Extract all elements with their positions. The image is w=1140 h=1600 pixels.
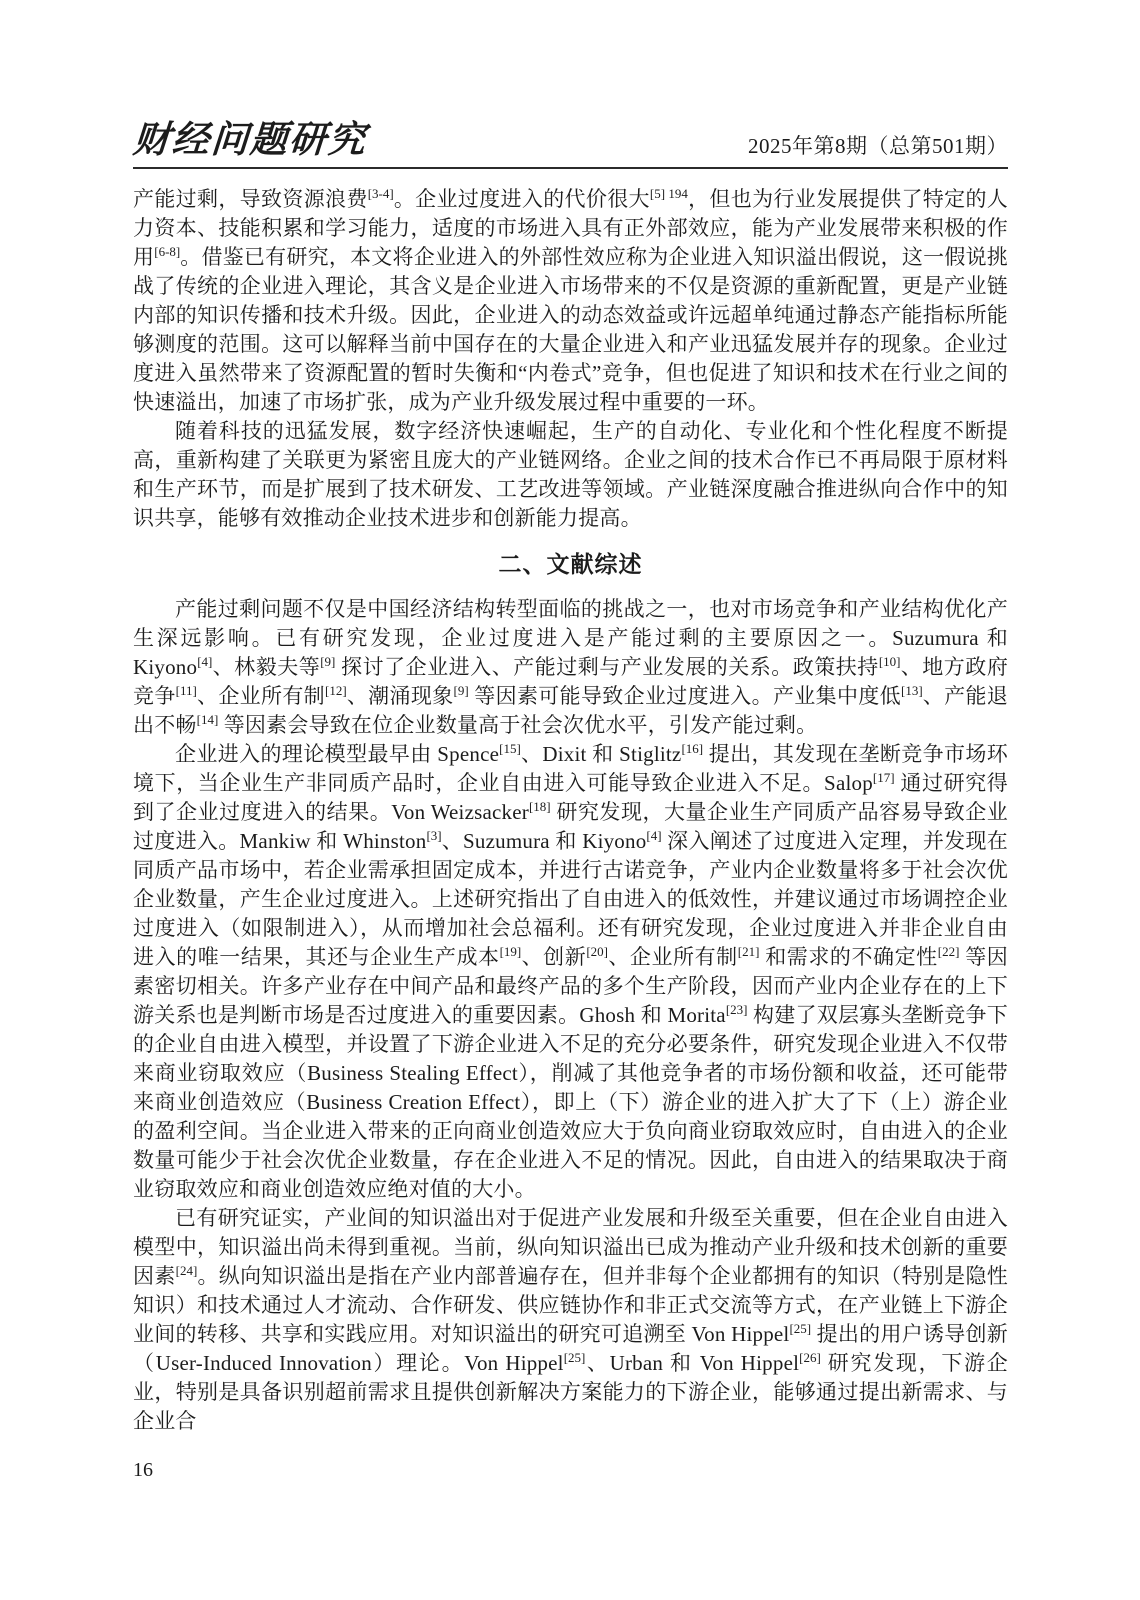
journal-page: 财经问题研究 2025年第8期（总第501期） 产能过剩，导致资源浪费[3-4]… [0,0,1140,1600]
body-text: 、企业所有制 [197,684,325,708]
citation-superscript: [18] [529,799,551,814]
paragraph: 产能过剩问题不仅是中国经济结构转型面临的挑战之一，也对市场竞争和产业结构优化产生… [133,595,1008,740]
citation-superscript: [9] [454,683,469,698]
body-text: 随着科技的迅猛发展，数字经济快速崛起，生产的自动化、专业化和个性化程度不断提高，… [133,419,1008,530]
citation-superscript: [6-8] [154,244,180,259]
citation-superscript: [10] [879,654,901,669]
issue-info: 2025年第8期（总第501期） [748,136,1008,161]
citation-superscript: [3-4] [368,186,394,201]
citation-superscript: [15] [499,741,521,756]
section-heading: 二、文献综述 [133,550,1008,579]
body-text: 、创新 [521,945,586,969]
body-text: 、Suzumura 和 Kiyono [442,829,647,853]
citation-superscript: [19] [500,944,522,959]
page-header: 财经问题研究 2025年第8期（总第501期） [133,122,1008,169]
citation-superscript: [17] [873,770,895,785]
body-text: 。借鉴已有研究，本文将企业进入的外部性效应称为企业进入知识溢出假说，这一假说挑战… [133,245,1008,414]
citation-superscript: [12] [325,683,347,698]
citation-superscript: [23] [726,1002,748,1017]
citation-superscript: [21] [738,944,760,959]
citation-superscript: [16] [681,741,703,756]
body-text: 、企业所有制 [608,945,738,969]
citation-superscript: [20] [586,944,608,959]
body-text: 。企业过度进入的代价很大 [394,187,650,211]
citation-superscript: [5] 194 [650,186,688,201]
citation-superscript: [9] [320,654,335,669]
body-text: 、潮涌现象 [347,684,454,708]
body-text: 、Dixit 和 Stiglitz [521,742,682,766]
paragraph: 随着科技的迅猛发展，数字经济快速崛起，生产的自动化、专业化和个性化程度不断提高，… [133,417,1008,533]
citation-superscript: [13] [901,683,923,698]
citation-superscript: [25] [564,1350,586,1365]
body-text: 构建了双层寡头垄断竞争下的企业自由进入模型，并设置了下游企业进入不足的充分必要条… [133,1003,1008,1201]
journal-logo: 财经问题研究 [132,122,369,161]
body-text: 等因素可能导致企业过度进入。产业集中度低 [469,684,901,708]
paragraph: 已有研究证实，产业间的知识溢出对于促进产业发展和升级至关重要，但在企业自由进入模… [133,1204,1008,1436]
body-text: 探讨了企业进入、产能过剩与产业发展的关系。政策扶持 [335,655,878,679]
body-text: 等因素会导致在位企业数量高于社会次优水平，引发产能过剩。 [218,713,817,737]
paragraph: 企业进入的理论模型最早由 Spence[15]、Dixit 和 Stiglitz… [133,740,1008,1204]
body-text: 、林毅夫等 [212,655,320,679]
body-text: 企业进入的理论模型最早由 Spence [175,742,499,766]
citation-superscript: [3] [426,828,441,843]
page-content: 财经问题研究 2025年第8期（总第501期） 产能过剩，导致资源浪费[3-4]… [133,0,1008,1480]
citation-superscript: [11] [176,683,197,698]
body-text: 和需求的不确定性 [759,945,937,969]
body-text: 产能过剩，导致资源浪费 [133,187,368,211]
citation-superscript: [24] [176,1263,198,1278]
page-number: 16 [133,1460,1008,1480]
paragraph: 产能过剩，导致资源浪费[3-4]。企业过度进入的代价很大[5] 194，但也为行… [133,185,1008,417]
citation-superscript: [4] [646,828,661,843]
citation-superscript: [14] [197,712,219,727]
citation-superscript: [4] [197,654,212,669]
citation-superscript: [26] [799,1350,821,1365]
article-body: 产能过剩，导致资源浪费[3-4]。企业过度进入的代价很大[5] 194，但也为行… [133,185,1008,1436]
body-text: 、Urban 和 Von Hippel [585,1351,799,1375]
citation-superscript: [25] [789,1321,811,1336]
citation-superscript: [22] [938,944,960,959]
